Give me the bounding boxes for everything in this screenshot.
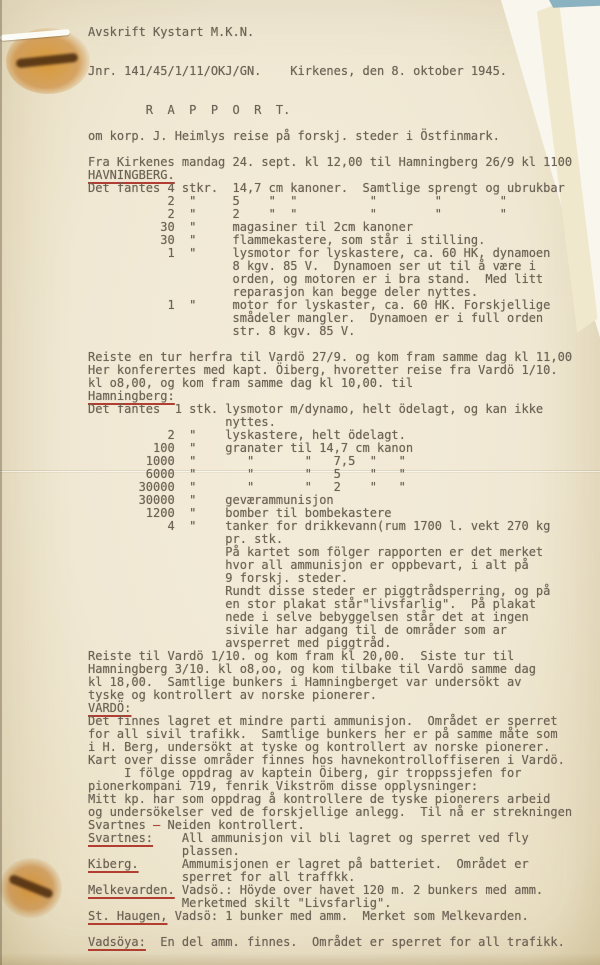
text-line: R A P P O R T. [88,104,600,117]
text-line: Avskrift Kystart M.K.N. [88,26,600,39]
page-bottom-edge [0,953,600,965]
text-line: tyske og kontrollert av norske pionerer. [88,689,600,702]
text-line [88,78,600,91]
text-line: Vadsöya: En del amm. finnes. Området er … [88,936,600,949]
text-line: str. 8 kgv. 85 V. [88,325,600,338]
text-line: om korp. J. Heimlys reise på forskj. ste… [88,130,600,143]
text-line: St. Haugen, Vadsö: 1 bunker med amm. Mer… [88,910,600,923]
text-line: Jnr. 141/45/1/11/OKJ/GN. Kirkenes, den 8… [88,65,600,78]
page-left-edge [0,0,2,965]
report-page: Avskrift Kystart M.K.N.Jnr. 141/45/1/11/… [0,0,600,965]
document-text: Avskrift Kystart M.K.N.Jnr. 141/45/1/11/… [0,0,600,949]
text-line [88,39,600,52]
